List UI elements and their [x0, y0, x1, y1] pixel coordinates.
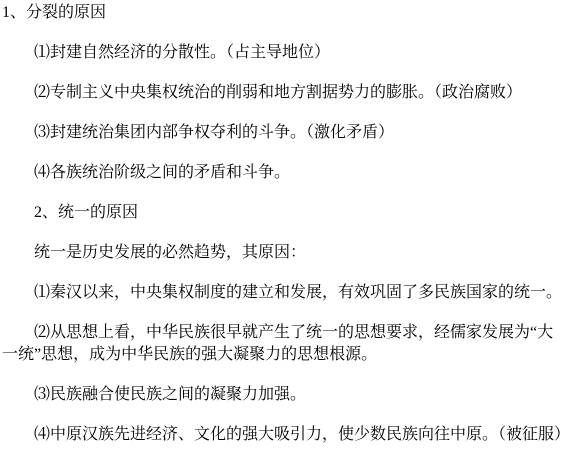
unification-reason-item-4: ⑷中原汉族先进经济、文化的强大吸引力，使少数民族向往中原。（被征服）: [2, 424, 566, 446]
section-heading-unification-reasons: 2、统一的原因: [2, 202, 566, 224]
section-heading-division-reasons: 1、分裂的原因: [2, 2, 566, 24]
division-reason-item-1: ⑴封建自然经济的分散性。（占主导地位）: [2, 42, 566, 64]
unification-intro: 统一是历史发展的必然趋势，其原因：: [2, 242, 566, 264]
document-page: 1、分裂的原因 ⑴封建自然经济的分散性。（占主导地位） ⑵专制主义中央集权统治的…: [0, 0, 566, 466]
unification-reason-item-1: ⑴秦汉以来，中央集权制度的建立和发展，有效巩固了多民族国家的统一。: [2, 282, 566, 304]
unification-reason-item-3: ⑶民族融合使民族之间的凝聚力加强。: [2, 384, 566, 406]
division-reason-item-4: ⑷各族统治阶级之间的矛盾和斗争。: [2, 162, 566, 184]
division-reason-item-3: ⑶封建统治集团内部争权夺利的斗争。（激化矛盾）: [2, 122, 566, 144]
unification-reason-item-2: ⑵从思想上看，中华民族很早就产生了统一的思想要求，经儒家发展为“大一统”思想，成…: [2, 322, 566, 366]
division-reason-item-2: ⑵专制主义中央集权统治的削弱和地方割据势力的膨胀。（政治腐败）: [2, 82, 566, 104]
